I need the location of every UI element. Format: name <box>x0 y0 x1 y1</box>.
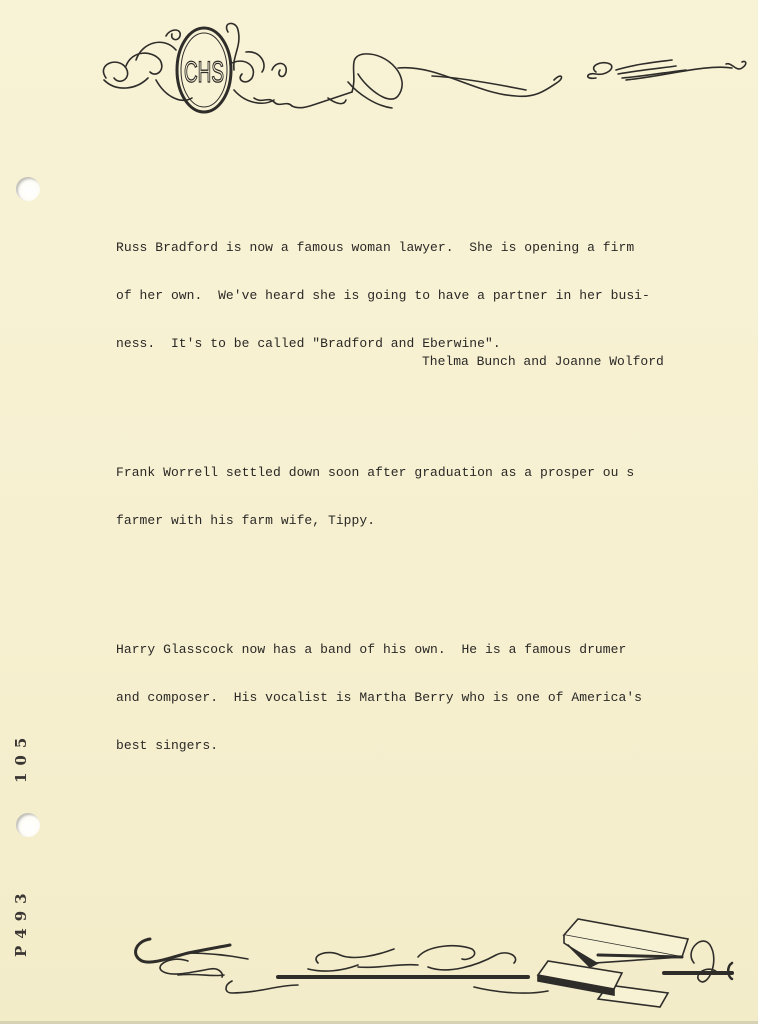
text-line: farmer with his farm wife, Tippy. <box>116 513 696 529</box>
monogram-text: CHS <box>184 56 224 89</box>
catalog-code-stamp: P493 <box>12 886 30 957</box>
body-text: Russ Bradford is now a famous woman lawy… <box>116 176 696 835</box>
binder-hole-top <box>16 177 40 201</box>
text-line: of her own. We've heard she is going to … <box>116 288 696 304</box>
text-line: Frank Worrell settled down soon after gr… <box>116 465 696 481</box>
text-line: Russ Bradford is now a famous woman lawy… <box>116 240 696 256</box>
footer-flourish-ornament: ·· ··· ···· ···· ····· <box>128 915 753 1010</box>
page-number-stamp: 105 <box>12 731 30 783</box>
text-line: best singers. <box>116 738 696 754</box>
paragraph-harry-glasscock: Harry Glasscock now has a band of his ow… <box>116 610 696 786</box>
binder-hole-bottom <box>16 813 40 837</box>
text-line: and composer. His vocalist is Martha Ber… <box>116 690 696 706</box>
paragraph-frank-worrell: Frank Worrell settled down soon after gr… <box>116 433 696 561</box>
text-line: Harry Glasscock now has a band of his ow… <box>116 642 696 658</box>
header-flourish-ornament: CHS <box>96 20 752 120</box>
stacked-books-icon: ·· ··· ···· ···· ····· <box>538 919 688 1007</box>
text-line: ness. It's to be called "Bradford and Eb… <box>116 336 696 352</box>
document-page: CHS Russ Bradford is now a famous woman … <box>0 0 758 1024</box>
author-signature: Thelma Bunch and Joanne Wolford <box>422 354 664 370</box>
